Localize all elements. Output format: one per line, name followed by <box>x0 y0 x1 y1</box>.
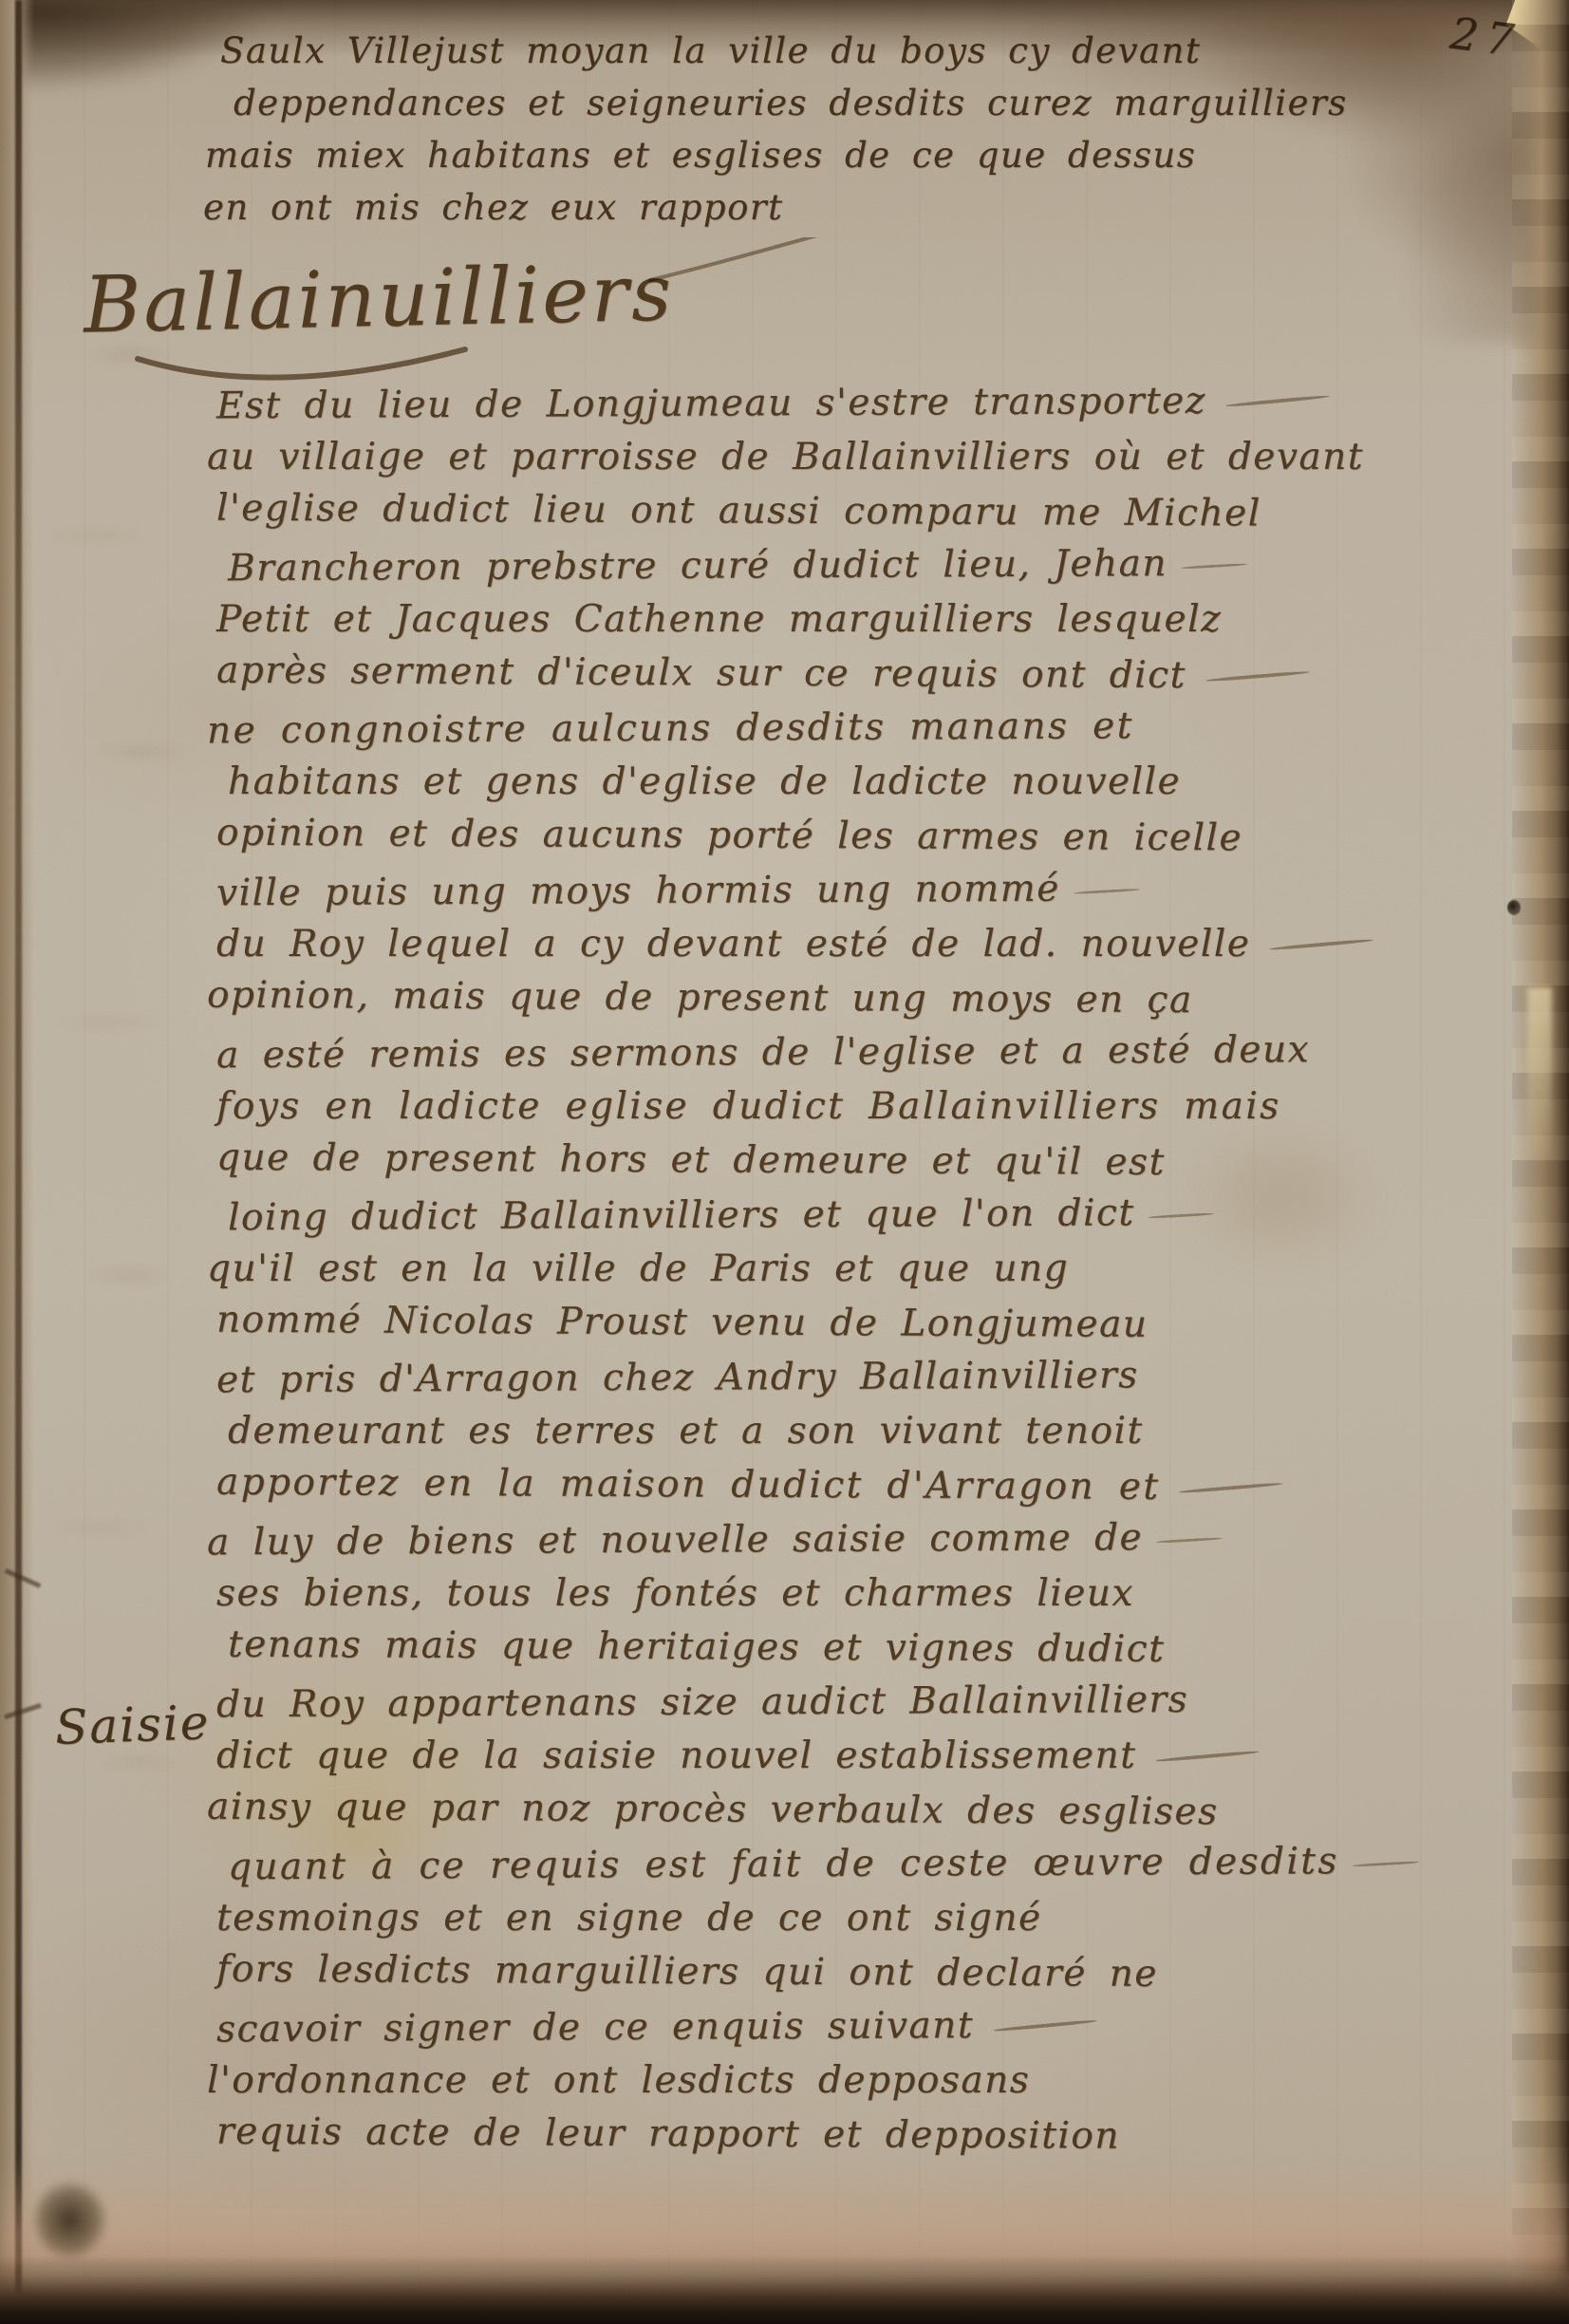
manuscript-page-photo: 27 Saulx Villejust moyan la ville du boy… <box>0 0 1569 2324</box>
paper-grain-texture <box>0 0 1569 2324</box>
